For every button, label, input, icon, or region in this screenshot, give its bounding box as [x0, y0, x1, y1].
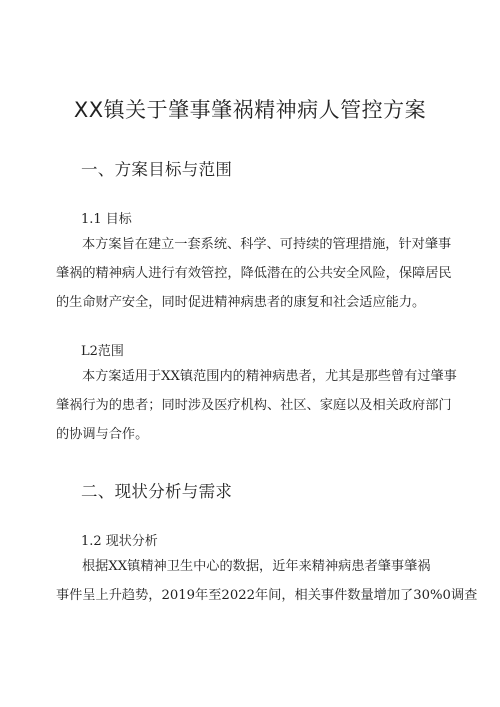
- paragraph-line: 肇祸行为的患者；同时涉及医疗机构、社区、家庭以及相关政府部门: [56, 391, 456, 420]
- paragraph-line: 肇祸的精神病人进行有效管控，降低潜在的公共安全风险，保障居民: [56, 259, 456, 288]
- paragraph-line: 根据XX镇精神卫生中心的数据，近年来精神病患者肇事肇祸: [56, 552, 456, 581]
- document-title: XX镇关于肇事肇祸精神病人管控方案: [0, 95, 500, 125]
- paragraph-line: 事件呈上升趋势，2019年至2022年间，相关事件数量增加了30%0调查: [56, 581, 456, 610]
- paragraph-scope: 本方案适用于XX镇范围内的精神病患者，尤其是那些曾有过肇事 肇祸行为的患者；同时…: [56, 362, 456, 449]
- section-heading-2: 二、现状分析与需求: [81, 480, 232, 504]
- paragraph-line: 本方案适用于XX镇范围内的精神病患者，尤其是那些曾有过肇事: [56, 362, 456, 391]
- document-page: XX镇关于肇事肇祸精神病人管控方案 一、方案目标与范围 1.1 目标 本方案旨在…: [0, 0, 500, 707]
- paragraph-status-analysis: 根据XX镇精神卫生中心的数据，近年来精神病患者肇事肇祸 事件呈上升趋势，2019…: [56, 552, 456, 610]
- subsection-heading-2-1: 1.2 现状分析: [81, 532, 158, 552]
- subsection-heading-1-1: 1.1 目标: [81, 210, 132, 230]
- paragraph-line: 本方案旨在建立一套系统、科学、可持续的管理措施，针对肇事: [56, 230, 456, 259]
- paragraph-goal: 本方案旨在建立一套系统、科学、可持续的管理措施，针对肇事 肇祸的精神病人进行有效…: [56, 230, 456, 317]
- section-heading-1: 一、方案目标与范围: [81, 158, 232, 182]
- subsection-heading-1-2: L2范围: [81, 342, 124, 362]
- paragraph-line: 的协调与合作。: [56, 420, 456, 449]
- paragraph-line: 的生命财产安全，同时促进精神病患者的康复和社会适应能力。: [56, 288, 456, 317]
